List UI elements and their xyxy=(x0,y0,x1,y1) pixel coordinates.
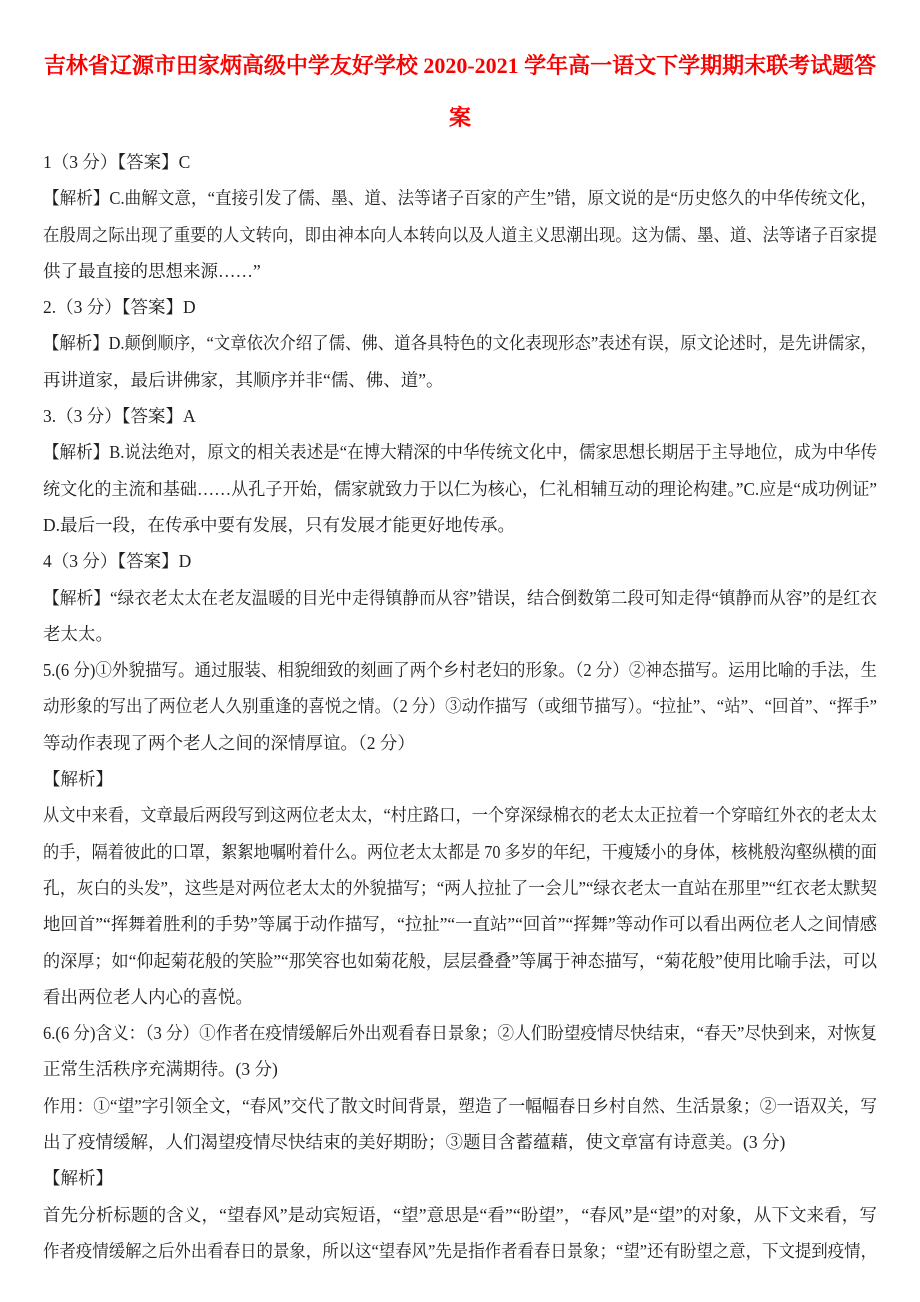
document-title-line: 吉林省辽源市田家炳高级中学友好学校 2020-2021 学年高一语文下学期期末联… xyxy=(43,40,877,92)
text-line: 【解析】B.说法绝对，原文的相关表述是“在博大精深的中华传统文化中，儒家思想长期… xyxy=(43,434,832,470)
text-line: 【解析】C.曲解文意，“直接引发了儒、墨、道、法等诸子百家的产生”错，原文说的是… xyxy=(43,180,834,216)
text-line-content: 老太太。 xyxy=(43,616,113,652)
document-title-line: 案 xyxy=(43,92,877,144)
title-text: 案 xyxy=(449,105,471,130)
text-line-content: 出了疫情缓解，人们渴望疫情尽快结束的美好期盼；③题目含蓄蕴藉，使文章富有诗意美。… xyxy=(43,1124,785,1160)
text-line-content: 5.(6 分)①外貌描写。通过服装、相貌细致的刻画了两个乡村老妇的形象。（2 分… xyxy=(43,652,877,688)
text-line: 等动作表现了两个老人之间的深情厚谊。（2 分） xyxy=(43,725,877,761)
text-line-content: 作者疫情缓解之后外出看春日的景象，所以这“望春风”先是指作者看春日景象；“望”还… xyxy=(43,1233,877,1269)
text-line-content: 4（3 分）【答案】D xyxy=(43,543,191,579)
text-line-content: 在殷周之际出现了重要的人文转向，即由神本向人本转向以及人道主义思潮出现。这为儒、… xyxy=(43,217,877,253)
text-line-content: 作用：①“望”字引领全文，“春风”交代了散文时间背景，塑造了一幅幅春日乡村自然、… xyxy=(43,1088,877,1124)
text-line-content: 【解析】“绿衣老太太在老友温暖的目光中走得镇静而从容”错误，结合倒数第二段可知走… xyxy=(43,580,877,616)
text-line: 老太太。 xyxy=(43,616,877,652)
text-line: 作者疫情缓解之后外出看春日的景象，所以这“望春风”先是指作者看春日景象；“望”还… xyxy=(43,1233,826,1269)
text-line-content: 1（3 分）【答案】C xyxy=(43,144,190,180)
text-line-content: 3.（3 分）【答案】A xyxy=(43,398,196,434)
text-line: 首先分析标题的含义，“望春风”是动宾短语，“望”意思是“看”“盼望”，“春风”是… xyxy=(43,1197,877,1233)
text-line-content: 【解析】B.说法绝对，原文的相关表述是“在博大精深的中华传统文化中，儒家思想长期… xyxy=(43,434,877,470)
text-line: 4（3 分）【答案】D xyxy=(43,543,877,579)
text-line-content: 的深厚；如“仰起菊花般的笑脸”“那笑容也如菊花般，层层叠叠”等属于神态描写，“菊… xyxy=(43,943,877,979)
text-line-content: 首先分析标题的含义，“望春风”是动宾短语，“望”意思是“看”“盼望”，“春风”是… xyxy=(43,1197,877,1233)
text-line: 【解析】 xyxy=(43,1160,877,1196)
text-line: 供了最直接的思想来源……” xyxy=(43,253,877,289)
text-line-content: 【解析】 xyxy=(43,761,113,797)
text-line: 出了疫情缓解，人们渴望疫情尽快结束的美好期盼；③题目含蓄蕴藉，使文章富有诗意美。… xyxy=(43,1124,877,1160)
text-line: 2.（3 分）【答案】D xyxy=(43,289,877,325)
text-line: 从文中来看，文章最后两段写到这两位老太太，“村庄路口，一个穿深绿棉衣的老太太正拉… xyxy=(43,797,816,833)
text-line: 1（3 分）【答案】C xyxy=(43,144,877,180)
text-line: 的深厚；如“仰起菊花般的笑脸”“那笑容也如菊花般，层层叠叠”等属于神态描写，“菊… xyxy=(43,943,860,979)
title-text: 吉林省辽源市田家炳高级中学友好学校 2020-2021 学年高一语文下学期期末联… xyxy=(44,53,876,78)
text-line-content: 正常生活秩序充满期待。(3 分) xyxy=(43,1051,278,1087)
text-line: D.最后一段，在传承中要有发展，只有发展才能更好地传承。 xyxy=(43,507,877,543)
text-line-content: 动形象的写出了两位老人久别重逢的喜悦之情。（2 分）③动作描写（或细节描写）。“… xyxy=(43,688,877,724)
text-line-content: 【解析】C.曲解文意，“直接引发了儒、墨、道、法等诸子百家的产生”错，原文说的是… xyxy=(43,180,877,216)
text-line: 统文化的主流和基础……从孔子开始，儒家就致力于以仁为核心，仁礼相辅互动的理论构建… xyxy=(43,471,858,507)
text-line: 再讲道家，最后讲佛家，其顺序并非“儒、佛、道”。 xyxy=(43,362,877,398)
text-line-content: 从文中来看，文章最后两段写到这两位老太太，“村庄路口，一个穿深绿棉衣的老太太正拉… xyxy=(43,797,877,833)
document-body: 1（3 分）【答案】C【解析】C.曲解文意，“直接引发了儒、墨、道、法等诸子百家… xyxy=(43,144,877,1269)
text-line-content: 2.（3 分）【答案】D xyxy=(43,289,196,325)
text-line-content: 【解析】 xyxy=(43,1160,113,1196)
text-line: 的手，隔着彼此的口罩，絮絮地嘱咐着什么。两位老太太都是 70 多岁的年纪，干瘦矮… xyxy=(43,834,815,870)
text-line-content: 统文化的主流和基础……从孔子开始，儒家就致力于以仁为核心，仁礼相辅互动的理论构建… xyxy=(43,471,877,507)
text-line: 在殷周之际出现了重要的人文转向，即由神本向人本转向以及人道主义思潮出现。这为儒、… xyxy=(43,217,822,253)
text-line: 【解析】“绿衣老太太在老友温暖的目光中走得镇静而从容”错误，结合倒数第二段可知走… xyxy=(43,580,842,616)
text-line: 正常生活秩序充满期待。(3 分) xyxy=(43,1051,877,1087)
text-line-content: 6.(6 分)含义：（3 分）①作者在疫情缓解后外出观看春日景象；②人们盼望疫情… xyxy=(43,1015,877,1051)
text-line-content: 【解析】D.颠倒顺序，“文章依次介绍了儒、佛、道各具特色的文化表现形态”表述有误… xyxy=(43,325,877,361)
text-line: 5.(6 分)①外貌描写。通过服装、相貌细致的刻画了两个乡村老妇的形象。（2 分… xyxy=(43,652,831,688)
document-title: 吉林省辽源市田家炳高级中学友好学校 2020-2021 学年高一语文下学期期末联… xyxy=(43,40,877,144)
text-line: 6.(6 分)含义：（3 分）①作者在疫情缓解后外出观看春日景象；②人们盼望疫情… xyxy=(43,1015,833,1051)
text-line-content: 再讲道家，最后讲佛家，其顺序并非“儒、佛、道”。 xyxy=(43,362,444,398)
text-line: 【解析】 xyxy=(43,761,877,797)
text-line-content: 的手，隔着彼此的口罩，絮絮地嘱咐着什么。两位老太太都是 70 多岁的年纪，干瘦矮… xyxy=(43,834,877,870)
text-line-content: 供了最直接的思想来源……” xyxy=(43,253,261,289)
text-line-content: D.最后一段，在传承中要有发展，只有发展才能更好地传承。 xyxy=(43,507,515,543)
text-line: 地回首”“挥舞着胜利的手势”等属于动作描写，“拉扯”“一直站”“回首”“挥舞”等… xyxy=(43,906,873,942)
text-line-content: 等动作表现了两个老人之间的深情厚谊。（2 分） xyxy=(43,725,415,761)
text-line: 孔，灰白的头发”，这些是对两位老太太的外貌描写；“两人拉扯了一会儿”“绿衣老太一… xyxy=(43,870,843,906)
text-line: 作用：①“望”字引领全文，“春风”交代了散文时间背景，塑造了一幅幅春日乡村自然、… xyxy=(43,1088,842,1124)
text-line-content: 看出两位老人内心的喜悦。 xyxy=(43,979,253,1015)
text-line: 【解析】D.颠倒顺序，“文章依次介绍了儒、佛、道各具特色的文化表现形态”表述有误… xyxy=(43,325,824,361)
text-line: 看出两位老人内心的喜悦。 xyxy=(43,979,877,1015)
document-page: 吉林省辽源市田家炳高级中学友好学校 2020-2021 学年高一语文下学期期末联… xyxy=(0,0,920,1302)
text-line: 动形象的写出了两位老人久别重逢的喜悦之情。（2 分）③动作描写（或细节描写）。“… xyxy=(43,688,833,724)
text-line-content: 地回首”“挥舞着胜利的手势”等属于动作描写，“拉扯”“一直站”“回首”“挥舞”等… xyxy=(43,906,877,942)
text-line: 3.（3 分）【答案】A xyxy=(43,398,877,434)
text-line-content: 孔，灰白的头发”，这些是对两位老太太的外貌描写；“两人拉扯了一会儿”“绿衣老太一… xyxy=(43,870,877,906)
